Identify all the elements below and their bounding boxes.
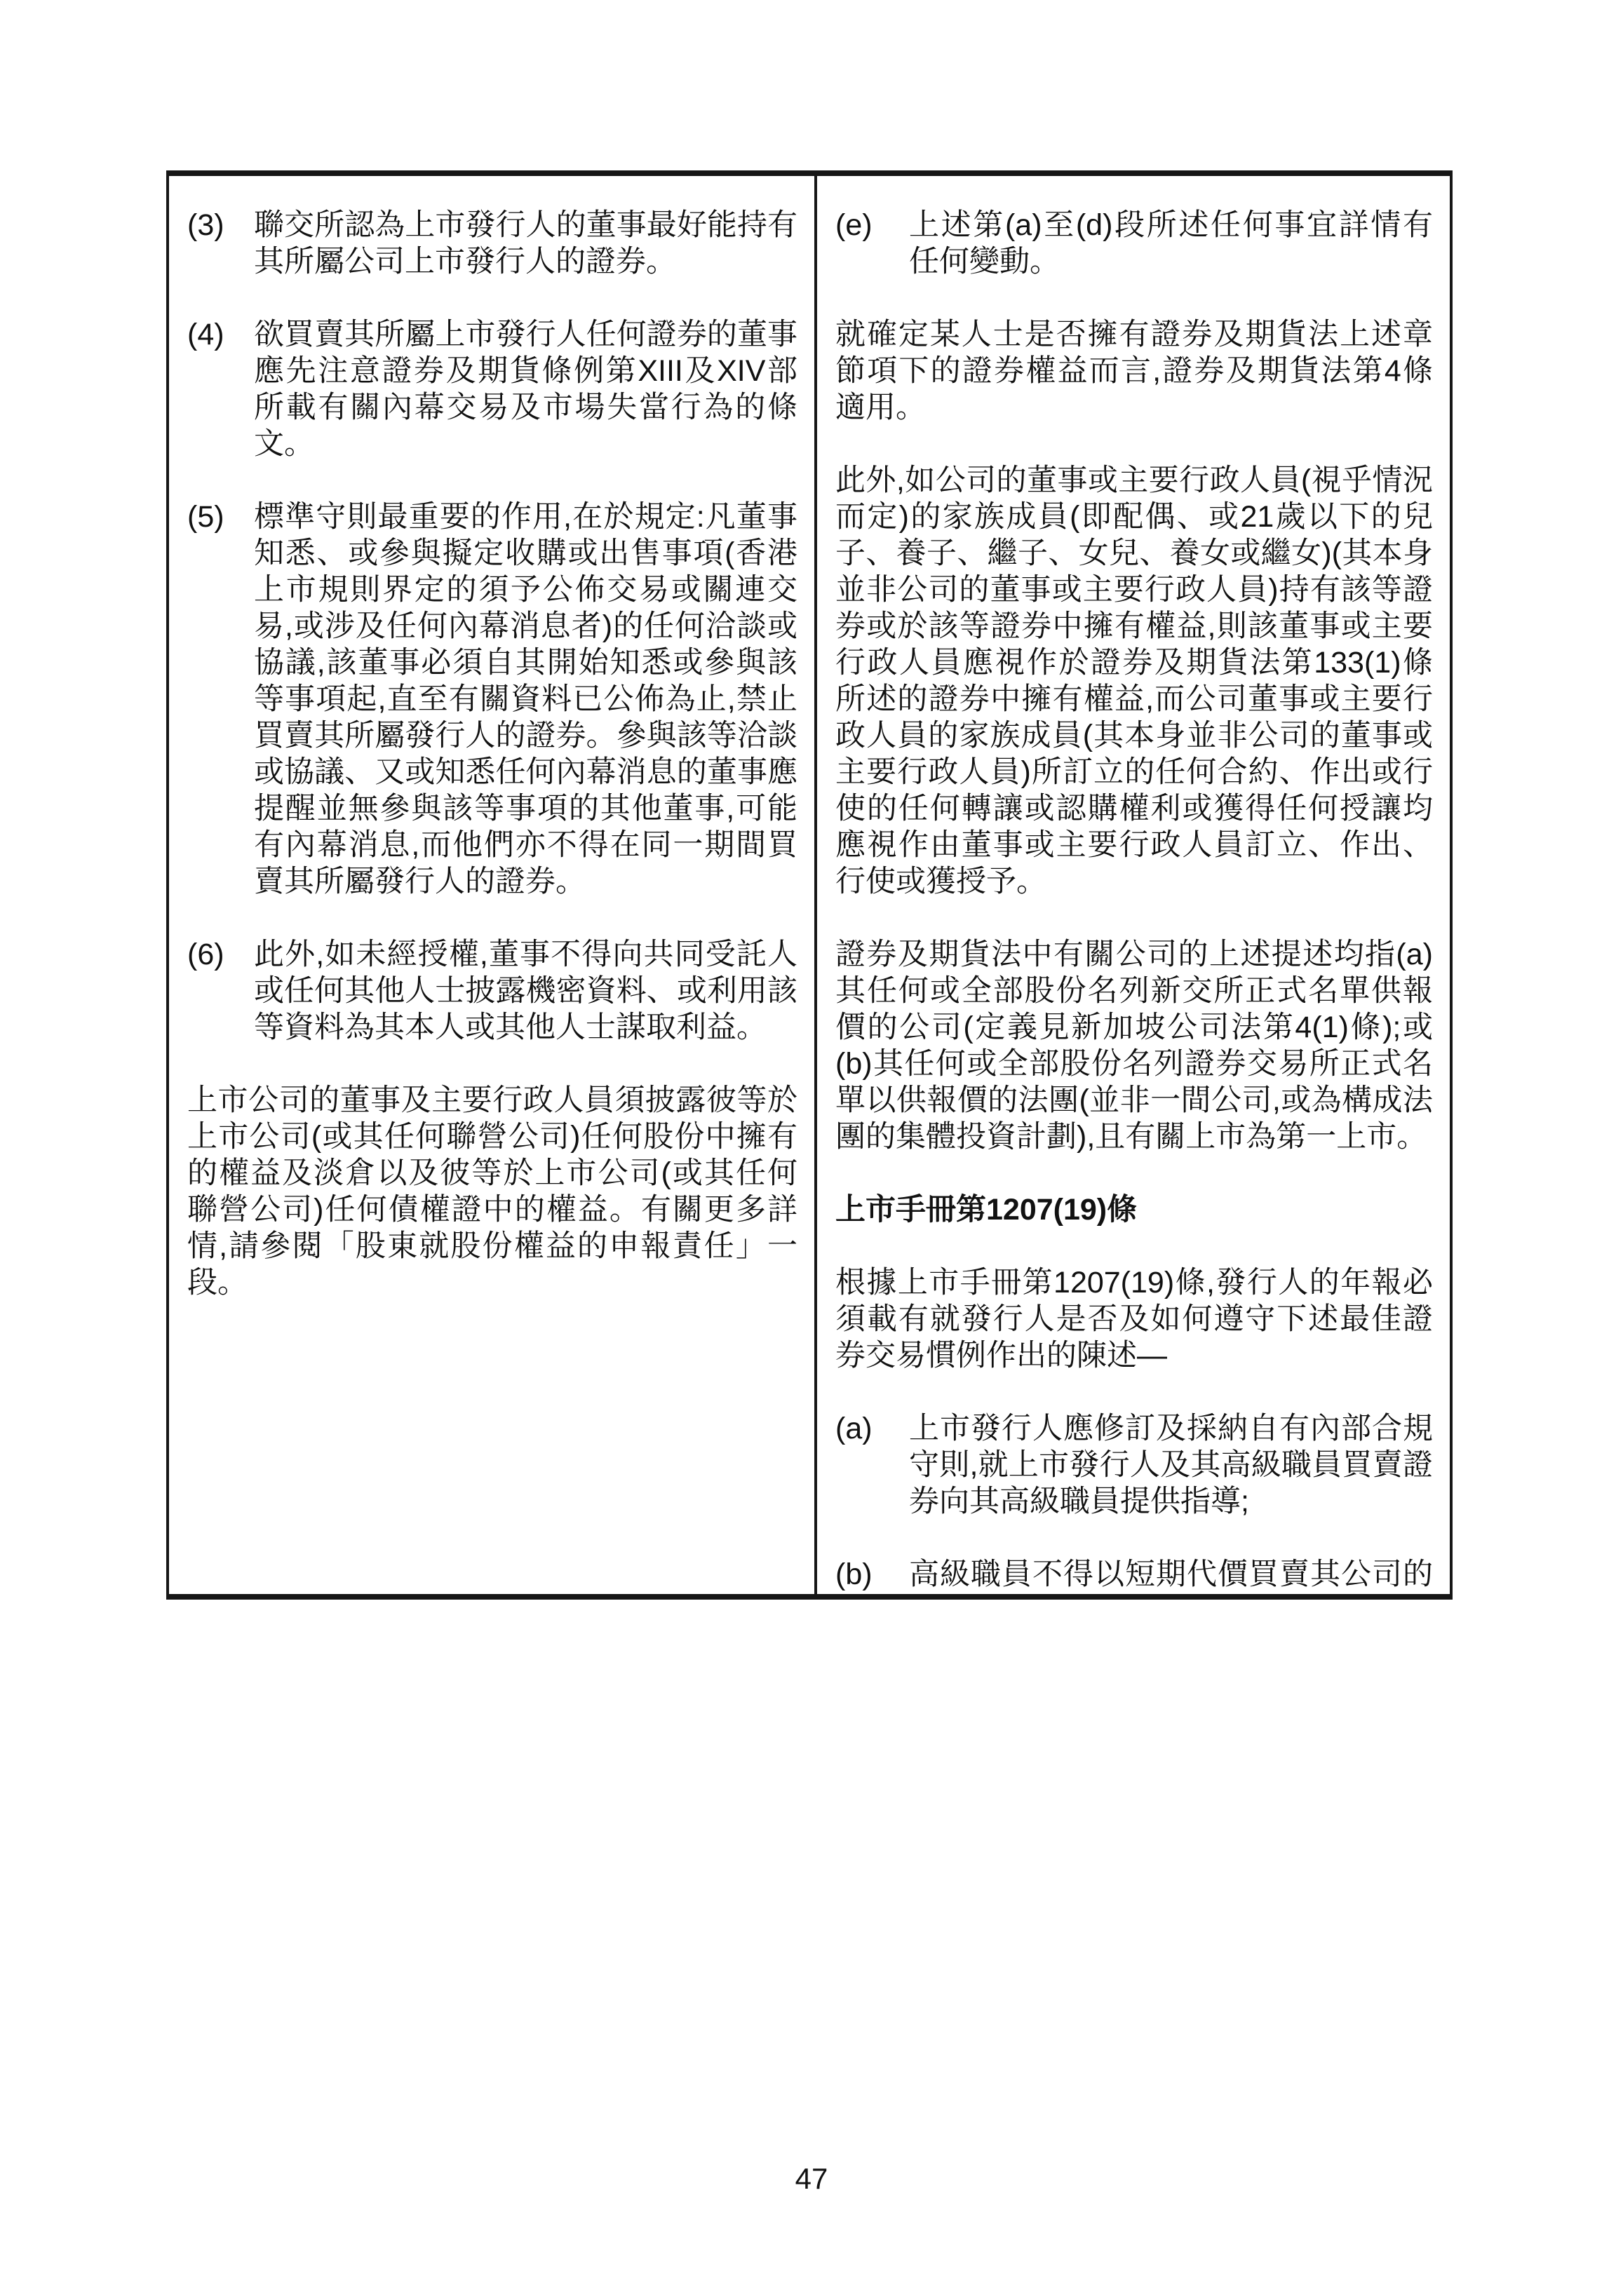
table-cell-left: (3) 聯交所認為上市發行人的董事最好能持有其所屬公司上市發行人的證券。 (4)… [169, 176, 817, 1594]
right-paragraph-4: 根據上市手冊第1207(19)條,發行人的年報必須載有就發行人是否及如何遵守下述… [835, 1264, 1433, 1374]
list-item-4-text: 欲買賣其所屬上市發行人任何證券的董事應先注意證券及期貨條例第XIII及XIV部所… [254, 316, 797, 462]
right-paragraph-3: 證券及期貨法中有關公司的上述提述均指(a)其任何或全部股份名列新交所正式名單供報… [835, 936, 1433, 1155]
list-item-3-text: 聯交所認為上市發行人的董事最好能持有其所屬公司上市發行人的證券。 [254, 207, 797, 280]
list-item-a: (a) 上市發行人應修訂及採納自有內部合規守則,就上市發行人及其高級職員買賣證券… [835, 1410, 1433, 1520]
list-item-b-text: 高級職員不得以短期代價買賣其公司的證券;及 [909, 1556, 1433, 1594]
list-item-5-label: (5) [187, 499, 254, 900]
list-item-e-label: (e) [835, 207, 909, 280]
list-item-6-text: 此外,如未經授權,董事不得向共同受託人或任何其他人士披露機密資料、或利用該等資料… [254, 936, 797, 1046]
right-paragraph-1: 就確定某人士是否擁有證券及期貨法上述章節項下的證券權益而言,證券及期貨法第4條適… [835, 316, 1433, 426]
left-closing-paragraph: 上市公司的董事及主要行政人員須披露彼等於上市公司(或其任何聯營公司)任何股份中擁… [187, 1082, 797, 1301]
list-item-5-text: 標準守則最重要的作用,在於規定:凡董事知悉、或參與擬定收購或出售事項(香港上市規… [254, 499, 797, 900]
section-heading: 上市手冊第1207(19)條 [835, 1191, 1433, 1228]
list-item-e: (e) 上述第(a)至(d)段所述任何事宜詳情有任何變動。 [835, 207, 1433, 280]
document-page: (3) 聯交所認為上市發行人的董事最好能持有其所屬公司上市發行人的證券。 (4)… [0, 0, 1623, 2296]
table-cell-right: (e) 上述第(a)至(d)段所述任何事宜詳情有任何變動。 就確定某人士是否擁有… [817, 176, 1450, 1594]
list-item-b: (b) 高級職員不得以短期代價買賣其公司的證券;及 [835, 1556, 1433, 1594]
list-item-a-text: 上市發行人應修訂及採納自有內部合規守則,就上市發行人及其高級職員買賣證券向其高級… [909, 1410, 1433, 1520]
list-item-3: (3) 聯交所認為上市發行人的董事最好能持有其所屬公司上市發行人的證券。 [187, 207, 797, 280]
list-item-6: (6) 此外,如未經授權,董事不得向共同受託人或任何其他人士披露機密資料、或利用… [187, 936, 797, 1046]
list-item-3-label: (3) [187, 207, 254, 280]
list-item-4: (4) 欲買賣其所屬上市發行人任何證券的董事應先注意證券及期貨條例第XIII及X… [187, 316, 797, 462]
list-item-e-text: 上述第(a)至(d)段所述任何事宜詳情有任何變動。 [909, 207, 1433, 280]
right-paragraph-2: 此外,如公司的董事或主要行政人員(視乎情況而定)的家族成員(即配偶、或21歲以下… [835, 462, 1433, 900]
list-item-a-label: (a) [835, 1410, 909, 1520]
two-column-table: (3) 聯交所認為上市發行人的董事最好能持有其所屬公司上市發行人的證券。 (4)… [166, 170, 1453, 1600]
list-item-b-label: (b) [835, 1556, 909, 1594]
list-item-4-label: (4) [187, 316, 254, 462]
list-item-6-label: (6) [187, 936, 254, 1046]
list-item-5: (5) 標準守則最重要的作用,在於規定:凡董事知悉、或參與擬定收購或出售事項(香… [187, 499, 797, 900]
page-number: 47 [0, 2162, 1623, 2196]
